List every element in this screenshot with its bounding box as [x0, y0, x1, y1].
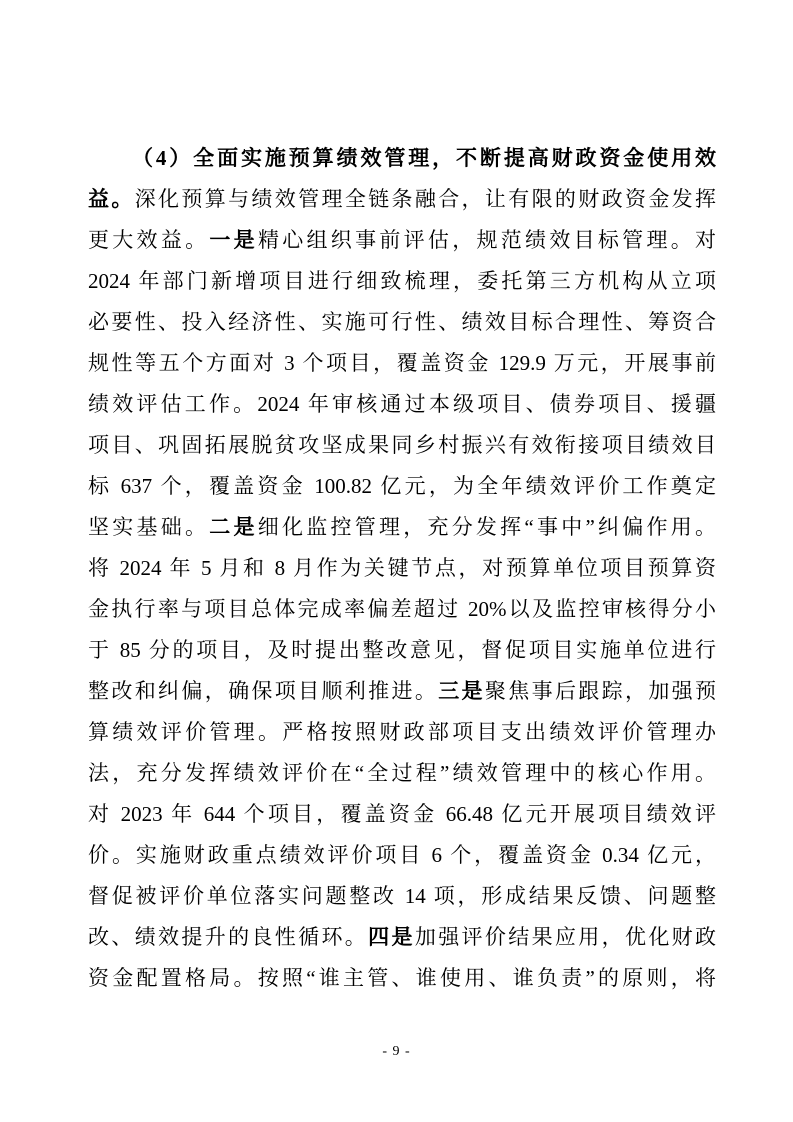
text-line: 2024 年部门新增项目进行细致梳理，委托第三方机构从立项 [88, 261, 716, 302]
bold-text-segment: 益。 [88, 187, 135, 211]
text-segment: 加强评价结果应用，优化财政 [415, 925, 716, 949]
text-line: 金执行率与项目总体完成率偏差超过 20%以及监控审核得分小 [88, 589, 716, 630]
text-line: 将 2024 年 5 月和 8 月作为关键节点，对预算单位项目预算资 [88, 548, 716, 589]
text-segment: 算绩效评价管理。严格按照财政部项目支出绩效评价管理办 [88, 720, 716, 744]
text-segment: 精心组织事前评估，规范绩效目标管理。对 [258, 228, 716, 252]
text-segment: 2024 年部门新增项目进行细致梳理，委托第三方机构从立项 [88, 269, 716, 293]
text-line: 必要性、投入经济性、实施可行性、绩效目标合理性、筹资合 [88, 302, 716, 343]
document-page: （4）全面实施预算绩效管理，不断提高财政资金使用效益。深化预算与绩效管理全链条融… [0, 0, 793, 1122]
text-line: 督促被评价单位落实问题整改 14 项，形成结果反馈、问题整 [88, 876, 716, 917]
text-line: 于 85 分的项目，及时提出整改意见，督促项目实施单位进行 [88, 630, 716, 671]
bold-text-segment: （4）全面实施预算绩效管理，不断提高财政资金使用效 [132, 146, 716, 170]
text-segment: 督促被评价单位落实问题整改 14 项，形成结果反馈、问题整 [88, 884, 716, 908]
text-segment: 金执行率与项目总体完成率偏差超过 20%以及监控审核得分小 [88, 597, 716, 621]
text-line: 标 637 个，覆盖资金 100.82 亿元，为全年绩效评价工作奠定 [88, 466, 716, 507]
text-segment: 整改和纠偏，确保项目顺利推进。 [88, 679, 438, 703]
text-line: 整改和纠偏，确保项目顺利推进。三是聚焦事后跟踪，加强预 [88, 671, 716, 712]
bold-text-segment: 三是 [438, 679, 485, 703]
text-line: 法，充分发挥绩效评价在“全过程”绩效管理中的核心作用。 [88, 753, 716, 794]
bold-text-segment: 二是 [209, 515, 258, 539]
text-segment: 标 637 个，覆盖资金 100.82 亿元，为全年绩效评价工作奠定 [88, 474, 716, 498]
text-line: 改、绩效提升的良性循环。四是加强评价结果应用，优化财政 [88, 917, 716, 958]
text-line: 价。实施财政重点绩效评价项目 6 个，覆盖资金 0.34 亿元， [88, 835, 716, 876]
text-segment: 将 2024 年 5 月和 8 月作为关键节点，对预算单位项目预算资 [88, 556, 716, 580]
text-line: 项目、巩固拓展脱贫攻坚成果同乡村振兴有效衔接项目绩效目 [88, 425, 716, 466]
text-segment: 必要性、投入经济性、实施可行性、绩效目标合理性、筹资合 [88, 310, 716, 334]
text-line: 规性等五个方面对 3 个项目，覆盖资金 129.9 万元，开展事前 [88, 343, 716, 384]
text-segment: 规性等五个方面对 3 个项目，覆盖资金 129.9 万元，开展事前 [88, 351, 716, 375]
page-number: - 9 - [382, 1044, 410, 1059]
bold-text-segment: 一是 [209, 228, 258, 252]
text-segment: 绩效评估工作。2024 年审核通过本级项目、债券项目、援疆 [88, 392, 716, 416]
text-segment: 改、绩效提升的良性循环。 [88, 925, 368, 949]
text-segment: 深化预算与绩效管理全链条融合，让有限的财政资金发挥 [135, 187, 716, 211]
text-line: 对 2023 年 644 个项目，覆盖资金 66.48 亿元开展项目绩效评 [88, 794, 716, 835]
document-body: （4）全面实施预算绩效管理，不断提高财政资金使用效益。深化预算与绩效管理全链条融… [88, 138, 716, 999]
text-segment: 价。实施财政重点绩效评价项目 6 个，覆盖资金 0.34 亿元， [88, 843, 716, 867]
text-line: 坚实基础。二是细化监控管理，充分发挥“事中”纠偏作用。 [88, 507, 716, 548]
text-segment: 更大效益。 [88, 228, 209, 252]
bold-text-segment: 四是 [368, 925, 415, 949]
text-line: （4）全面实施预算绩效管理，不断提高财政资金使用效 [88, 138, 716, 179]
text-segment: 坚实基础。 [88, 515, 209, 539]
text-segment: 法，充分发挥绩效评价在“全过程”绩效管理中的核心作用。 [88, 761, 716, 785]
text-segment: 对 2023 年 644 个项目，覆盖资金 66.48 亿元开展项目绩效评 [88, 802, 716, 826]
text-segment: 细化监控管理，充分发挥“事中”纠偏作用。 [258, 515, 716, 539]
text-segment: 资金配置格局。按照“谁主管、谁使用、谁负责”的原则，将 [88, 966, 716, 990]
text-line: 资金配置格局。按照“谁主管、谁使用、谁负责”的原则，将 [88, 958, 716, 999]
text-line: 绩效评估工作。2024 年审核通过本级项目、债券项目、援疆 [88, 384, 716, 425]
text-line: 算绩效评价管理。严格按照财政部项目支出绩效评价管理办 [88, 712, 716, 753]
text-line: 益。深化预算与绩效管理全链条融合，让有限的财政资金发挥 [88, 179, 716, 220]
text-segment: 聚焦事后跟踪，加强预 [485, 679, 716, 703]
page-footer: - 9 - [0, 1042, 793, 1062]
text-line: 更大效益。一是精心组织事前评估，规范绩效目标管理。对 [88, 220, 716, 261]
text-segment: 项目、巩固拓展脱贫攻坚成果同乡村振兴有效衔接项目绩效目 [88, 433, 716, 457]
text-segment: 于 85 分的项目，及时提出整改意见，督促项目实施单位进行 [88, 638, 716, 662]
